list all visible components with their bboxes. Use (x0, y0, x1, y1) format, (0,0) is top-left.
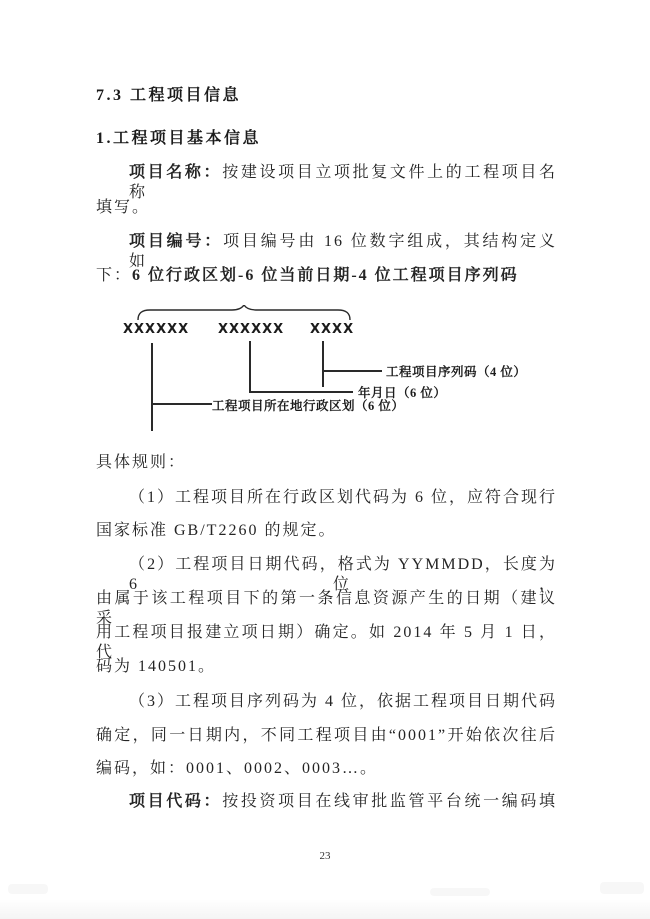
digit-group-date: XXXXXX (218, 322, 284, 337)
leader-line-serial-vertical (322, 341, 324, 387)
rule3-line1: （3）工程项目序列码为 4 位，依据工程项目日期代码 (96, 692, 557, 714)
paragraph-project-number-line2: 下：6 位行政区划-6 位当前日期-4 位工程项目序列码 (96, 266, 557, 288)
page-number: 23 (0, 850, 650, 862)
project-code-text: 按投资项目在线审批监管平台统一编码填 (222, 793, 557, 810)
paragraph-project-number-line1: 项目编号：项目编号由 16 位数字组成，其结构定义如 (96, 232, 557, 254)
number-structure-diagram: XXXXXX XXXXXX XXXX 工程项目序列码（4 位） 年月日（6 位）… (96, 300, 557, 450)
digit-group-region: XXXXXX (123, 322, 189, 337)
leader-line-date-horizontal (249, 391, 353, 393)
digit-group-serial: XXXX (310, 322, 354, 337)
diagram-label-region: 工程项目所在地行政区划（6 位） (212, 396, 404, 414)
scan-smudge (600, 882, 644, 894)
section-heading: 7.3 工程项目信息 (96, 86, 557, 108)
rule3-line2: 确定，同一日期内，不同工程项目由“0001”开始依次往后 (96, 726, 557, 748)
rule1-line1: （1）工程项目所在行政区划代码为 6 位，应符合现行 (96, 488, 557, 510)
rule1-line2: 国家标准 GB/T2260 的规定。 (96, 521, 557, 543)
project-number-label: 项目编号： (129, 233, 223, 250)
leader-line-region-horizontal (151, 403, 212, 405)
rule2-line2: 由属于该工程项目下的第一条信息资源产生的日期（建议采 (96, 589, 557, 611)
rule2-line1: （2）工程项目日期代码，格式为 YYMMDD，长度为 6 位， (96, 555, 557, 577)
scan-smudge (430, 888, 490, 896)
rule3-line3: 编码，如：0001、0002、0003…。 (96, 759, 557, 781)
scan-edge-shadow (0, 899, 650, 919)
subsection-heading: 1.工程项目基本信息 (96, 129, 557, 151)
leader-line-region-vertical (151, 343, 153, 431)
diagram-label-serial: 工程项目序列码（4 位） (386, 362, 526, 380)
rules-title: 具体规则： (96, 453, 557, 475)
leader-line-serial-horizontal (322, 370, 382, 372)
overbrace-shape (136, 305, 352, 321)
rule2-line3: 用工程项目报建立项日期）确定。如 2014 年 5 月 1 日，代 (96, 623, 557, 645)
paragraph-project-code-line1: 项目代码：按投资项目在线审批监管平台统一编码填 (96, 792, 557, 814)
paragraph-project-name-line2: 填写。 (96, 198, 557, 220)
project-number-structure: 6 位行政区划-6 位当前日期-4 位工程项目序列码 (132, 267, 519, 284)
project-code-label: 项目代码： (129, 793, 222, 810)
paragraph-project-name-line1: 项目名称：按建设项目立项批复文件上的工程项目名称 (96, 163, 557, 185)
project-name-label: 项目名称： (129, 164, 222, 181)
project-number-line2-prefix: 下： (96, 267, 132, 284)
document-page: 7.3 工程项目信息 1.工程项目基本信息 项目名称：按建设项目立项批复文件上的… (0, 0, 650, 919)
scan-smudge (8, 884, 48, 894)
leader-line-date-vertical (249, 341, 251, 392)
rule2-line4: 码为 140501。 (96, 657, 557, 679)
